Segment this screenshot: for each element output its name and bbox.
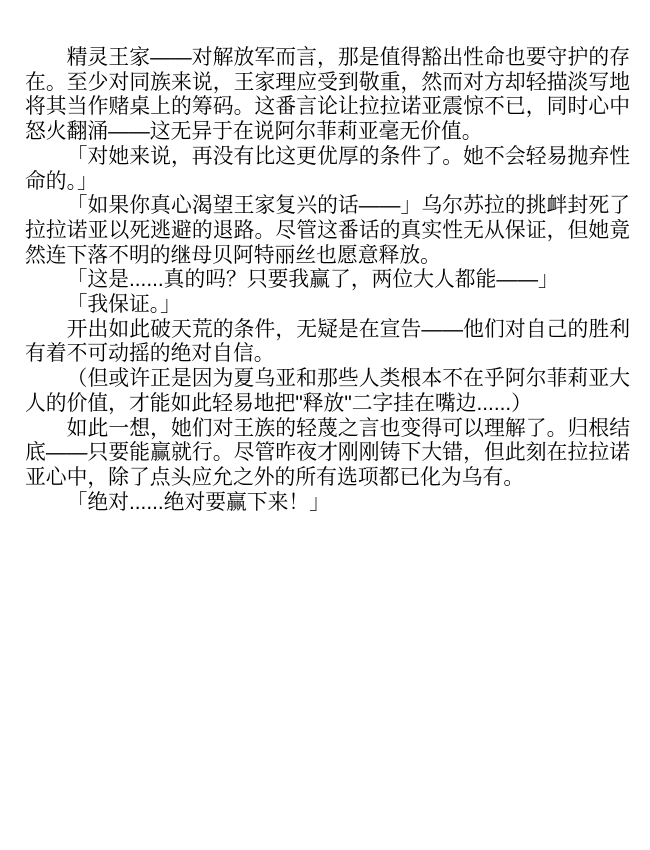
- paragraph: 「如果你真心渴望王家复兴的话——」乌尔苏拉的挑衅封死了拉拉诺亚以死逃避的退路。尽…: [25, 194, 630, 268]
- paragraph: 「这是......真的吗？只要我赢了，两位大人都能——」: [25, 268, 630, 293]
- paragraph: （但或许正是因为夏乌亚和那些人类根本不在乎阿尔菲莉亚大人的价值，才能如此轻易地把…: [25, 367, 630, 416]
- paragraph: 如此一想，她们对王族的轻蔑之言也变得可以理解了。归根结底——只要能赢就行。尽管昨…: [25, 417, 630, 491]
- paragraph: 精灵王家——对解放军而言，那是值得豁出性命也要守护的存在。至少对同族来说，王家理…: [25, 46, 630, 145]
- paragraph: 「对她来说，再没有比这更优厚的条件了。她不会轻易抛弃性命的。」: [25, 145, 630, 194]
- reader-page: 精灵王家——对解放军而言，那是值得豁出性命也要守护的存在。至少对同族来说，王家理…: [0, 0, 650, 850]
- novel-text-content: 精灵王家——对解放军而言，那是值得豁出性命也要守护的存在。至少对同族来说，王家理…: [25, 0, 630, 515]
- paragraph: 开出如此破天荒的条件，无疑是在宣告——他们对自己的胜利有着不可动摇的绝对自信。: [25, 318, 630, 367]
- paragraph: 「我保证。」: [25, 293, 630, 318]
- paragraph: 「绝对......绝对要赢下来！」: [25, 491, 630, 516]
